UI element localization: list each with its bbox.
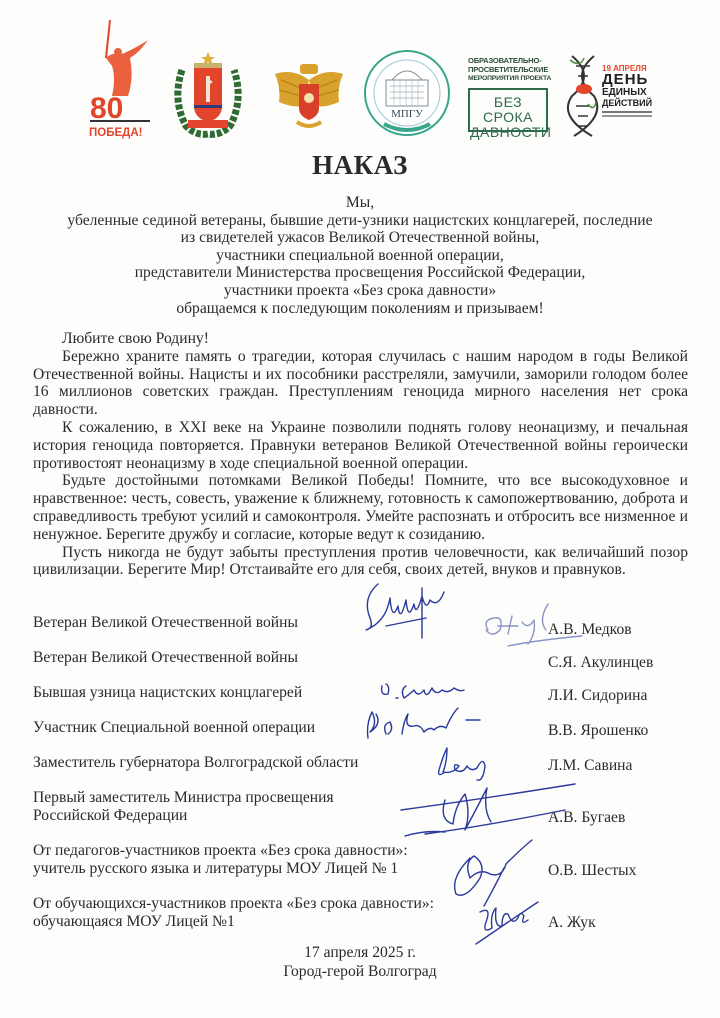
intro-line: из свидетелей ужасов Великой Отечественн… — [24, 229, 696, 247]
role-line: Бывшая узница нацистских концлагерей — [33, 684, 302, 702]
closing-block: 17 апреля 2025 г. Город-герой Волгоград — [0, 943, 720, 981]
signature-sidorina — [378, 680, 468, 704]
logo-line: ДЕНЬ — [602, 73, 666, 87]
signatory-role: Заместитель губернатора Волгоградской об… — [33, 754, 358, 772]
role-line: Участник Специальной военной операции — [33, 719, 315, 737]
logo-box-line: БЕЗ СРОКА — [470, 95, 546, 125]
logo-header-line: ПРОСВЕТИТЕЛЬСКИЕ — [468, 65, 556, 74]
document-place: Город-герой Волгоград — [0, 962, 720, 981]
signatory-role: Участник Специальной военной операции — [33, 719, 315, 737]
ministry-of-education-emblem-logo — [273, 58, 345, 136]
intro-line: Мы, — [24, 194, 696, 212]
logo-line: ДЕЙСТВИЙ — [602, 98, 666, 108]
role-line: От обучающихся-участников проекта «Без с… — [33, 895, 434, 913]
signature-yaroshenko — [358, 704, 488, 744]
logos-row: 80 ПОБЕДА! — [0, 0, 720, 150]
logo-box-line: ДАВНОСТИ — [470, 125, 546, 140]
signatory-name: А.В. Медков — [548, 621, 632, 639]
paragraph: Будьте достойными потомками Великой Побе… — [33, 472, 688, 543]
intro-line: участники специальной военной операции, — [24, 247, 696, 265]
signature-savina — [433, 742, 503, 782]
paragraph: Любите свою Родину! — [33, 330, 688, 348]
svg-text:МПГУ: МПГУ — [391, 108, 423, 120]
body-text: Любите свою Родину! Бережно храните памя… — [33, 330, 688, 579]
paragraph: К сожалению, в XXI веке на Украине позво… — [33, 419, 688, 472]
signatory-name: А. Жук — [548, 914, 596, 932]
signatory-role: Ветеран Великой Отечественной войны — [33, 649, 298, 667]
signatory-role: От обучающихся-участников проекта «Без с… — [33, 895, 434, 930]
paragraph: Пусть никогда не будут забыты преступлен… — [33, 544, 688, 580]
role-line: Ветеран Великой Отечественной войны — [33, 614, 298, 632]
signatory-name: Л.М. Савина — [548, 757, 632, 775]
signature-medkov — [356, 578, 452, 648]
mpgu-logo: МПГУ — [362, 48, 452, 138]
role-line: Первый заместитель Министра просвещения — [33, 789, 334, 807]
role-line: Российской Федерации — [33, 807, 334, 825]
svg-text:ПОБЕДА!: ПОБЕДА! — [89, 127, 142, 139]
signature-bugaev — [395, 770, 585, 840]
intro-line: участники проекта «Без срока давности» — [24, 282, 696, 300]
document-page: 80 ПОБЕДА! — [0, 0, 720, 1018]
signature-zhuk — [472, 898, 542, 948]
role-line: обучающаяся МОУ Лицей №1 — [33, 913, 434, 931]
signatory-role: Первый заместитель Министра просвещения … — [33, 789, 334, 824]
intro-line: убеленные сединой ветераны, бывшие дети-… — [24, 212, 696, 230]
role-line: Ветеран Великой Отечественной войны — [33, 649, 298, 667]
document-date: 17 апреля 2025 г. — [0, 943, 720, 962]
signatory-name: А.В. Бугаев — [548, 809, 625, 827]
volgograd-coat-of-arms-logo — [172, 50, 244, 140]
signatory-name: Л.И. Сидорина — [548, 687, 647, 705]
logo-header-line: МЕРОПРИЯТИЯ ПРОЕКТА — [468, 74, 556, 83]
role-line: От педагогов-участников проекта «Без сро… — [33, 842, 408, 860]
signatory-role: От педагогов-участников проекта «Без сро… — [33, 842, 408, 877]
pobeda-80-logo: 80 ПОБЕДА! — [88, 18, 154, 140]
paragraph: Бережно храните память о трагедии, котор… — [33, 348, 688, 419]
intro-line: обращаемся к последующим поколениям и пр… — [24, 300, 696, 318]
signatory-name: С.Я. Акулинцев — [548, 654, 653, 672]
signatory-name: В.В. Ярошенко — [548, 722, 648, 740]
role-line: учитель русского языка и литературы МОУ … — [33, 860, 408, 878]
intro-block: Мы, убеленные сединой ветераны, бывшие д… — [24, 194, 696, 317]
den-edinykh-deystviy-logo: 19 АПРЕЛЯ ДЕНЬ ЕДИНЫХ ДЕЙСТВИЙ — [566, 54, 666, 138]
signatory-role: Бывшая узница нацистских концлагерей — [33, 684, 302, 702]
signatory-role: Ветеран Великой Отечественной войны — [33, 614, 298, 632]
signature-shestykh — [446, 838, 536, 908]
logo-line: ЕДИНЫХ — [602, 87, 666, 98]
intro-line: представители Министерства просвещения Р… — [24, 264, 696, 282]
bez-sroka-davnosti-logo: ОБРАЗОВАТЕЛЬНО- ПРОСВЕТИТЕЛЬСКИЕ МЕРОПРИ… — [468, 56, 556, 138]
document-title: НАКАЗ — [0, 150, 720, 181]
role-line: Заместитель губернатора Волгоградской об… — [33, 754, 358, 772]
logo-header-line: ОБРАЗОВАТЕЛЬНО- — [468, 56, 556, 65]
signatory-name: О.В. Шестых — [548, 862, 636, 880]
